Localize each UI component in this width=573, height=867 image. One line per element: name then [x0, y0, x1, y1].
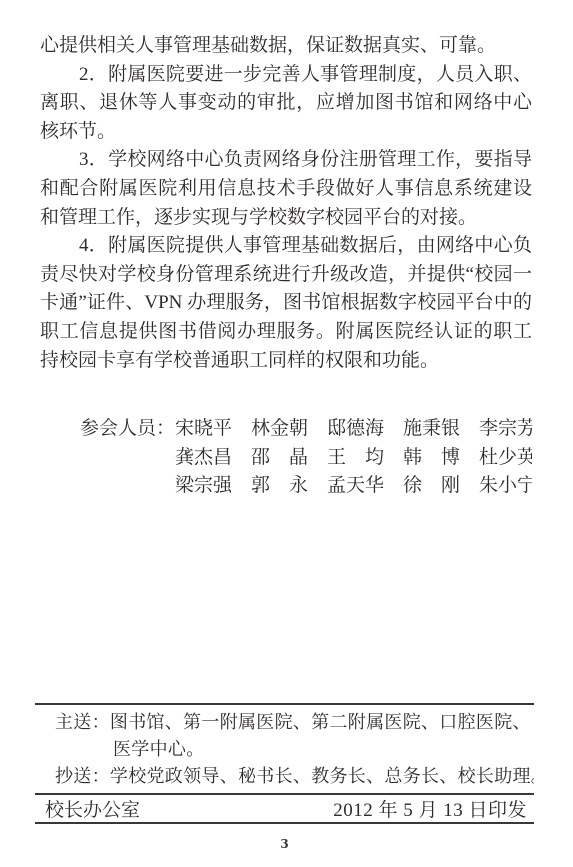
- document-footer: 主送：图书馆、第一附属医院、第二附属医院、口腔医院、 医学中心。 抄送：学校党政…: [35, 703, 534, 851]
- dispatch-row: 校长办公室 2012 年 5 月 13 日印发: [35, 793, 534, 824]
- body-line: 和配合附属医院利用信息技术手段做好人事信息系统建设: [40, 175, 532, 204]
- body-line: 4．附属医院提供人事管理基础数据后，由网络中心负: [40, 232, 532, 261]
- issuing-office: 校长办公室: [45, 795, 140, 822]
- participants-row: 梁宗强 郭 永 孟天华 徐 刚 朱小宁: [40, 472, 532, 501]
- body-line: 卡通”证件、VPN 办理服务，图书馆根据数字校园平台中的: [40, 289, 532, 318]
- print-date: 2012 年 5 月 13 日印发: [333, 795, 527, 822]
- body-line: 3．学校网络中心负责网络身份注册管理工作，要指导: [40, 146, 532, 175]
- body-line: 核环节。: [40, 118, 532, 147]
- body-line: 离职、退休等人事变动的审批，应增加图书馆和网络中心审: [40, 89, 532, 118]
- body-line: 责尽快对学校身份管理系统进行升级改造，并提供“校园一: [40, 261, 532, 290]
- copy-send-line: 抄送：学校党政领导、秘书长、教务长、总务长、校长助理。: [35, 763, 534, 790]
- page-number: 3: [35, 837, 534, 851]
- body-line: 心提供相关人事管理基础数据，保证数据真实、可靠。: [40, 32, 532, 61]
- body-line: 职工信息提供图书借阅办理服务。附属医院经认证的职工所: [40, 318, 532, 347]
- body-line: 和管理工作，逐步实现与学校数字校园平台的对接。: [40, 204, 532, 233]
- body-line: 持校园卡享有学校普通职工同样的权限和功能。: [40, 347, 532, 376]
- participants-block: 参会人员：宋晓平 林金朝 邸德海 施秉银 李宗芳 龚杰昌 邵 晶 王 均 韩 博…: [40, 415, 532, 501]
- main-send-line: 主送：图书馆、第一附属医院、第二附属医院、口腔医院、: [35, 709, 534, 736]
- document-page: 心提供相关人事管理基础数据，保证数据真实、可靠。 2．附属医院要进一步完善人事管…: [0, 0, 573, 867]
- participants-row: 龚杰昌 邵 晶 王 均 韩 博 杜少英: [40, 444, 532, 473]
- body-text-block: 心提供相关人事管理基础数据，保证数据真实、可靠。 2．附属医院要进一步完善人事管…: [40, 32, 532, 375]
- body-line: 2．附属医院要进一步完善人事管理制度，人员入职、: [40, 61, 532, 90]
- send-block: 主送：图书馆、第一附属医院、第二附属医院、口腔医院、 医学中心。 抄送：学校党政…: [35, 703, 534, 793]
- participants-row: 参会人员：宋晓平 林金朝 邸德海 施秉银 李宗芳: [40, 415, 532, 444]
- main-send-line-continued: 医学中心。: [35, 736, 534, 763]
